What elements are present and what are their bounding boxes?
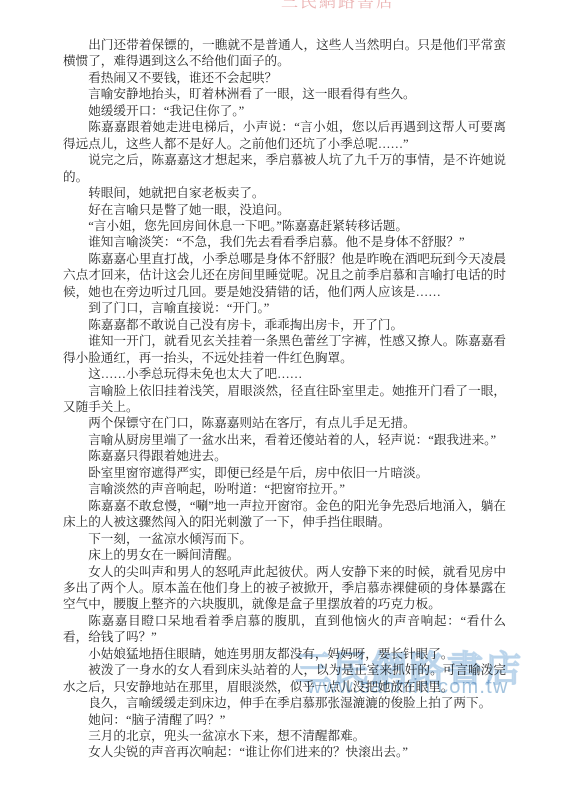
paragraph: 陈嘉嘉都不敢说自己没有房卡，乖乖掏出房卡，开了门。 [63, 317, 506, 333]
paragraph: 转眼间，她就把自家老板卖了。 [63, 185, 506, 201]
paragraph: 看热闹又不要钱，谁还不会起哄？ [63, 70, 506, 86]
paragraph: 床上的男女在一瞬间清醒。 [63, 547, 506, 563]
paragraph: 小姑娘猛地捂住眼睛，她连男朋友都没有，妈妈呀，要长针眼了。 [63, 646, 506, 662]
paragraph: 女人的尖叫声和男人的怒吼声此起彼伏。两人安静下来的时候，就看见房中多出了两个人。… [63, 564, 506, 613]
paragraph: 言喻淡然的声音响起，吩咐道：“把窗帘拉开。” [63, 481, 506, 497]
paragraph: 陈嘉嘉目瞪口呆地看着季启慕的腹肌，直到他恼火的声音响起：“看什么看，给钱了吗？” [63, 613, 506, 646]
paragraph: 谁知言喻淡笑：“不急，我们先去看看季启慕。他不是身体不舒服？” [63, 234, 506, 250]
paragraph: 良久，言喻缓缓走到床边，伸手在季启慕那张湿漉漉的俊脸上拍了两下。 [63, 695, 506, 711]
paragraph: 卧室里窗帘遮得严实，即便已经是午后，房中依旧一片暗淡。 [63, 465, 506, 481]
paragraph: 陈嘉嘉心里直打战，小季总哪是身体不舒服？他是昨晚在酒吧玩到今天凌晨六点才回来，估… [63, 251, 506, 300]
paragraph: 这……小季总玩得未免也太大了吧…… [63, 366, 506, 382]
paragraph: 说完之后，陈嘉嘉这才想起来，季启慕被人坑了九千万的事情，是不许她说的。 [63, 152, 506, 185]
paragraph: 两个保镖守在门口，陈嘉嘉则站在客厅，有点儿手足无措。 [63, 415, 506, 431]
paragraph: 言喻脸上依旧挂着浅笑，眉眼淡然，径直往卧室里走。她推开门看了一眼，又随手关上。 [63, 383, 506, 416]
paragraph: 陈嘉嘉只得跟着她进去。 [63, 448, 506, 464]
paragraph: 下一刻，一盆凉水倾泻而下。 [63, 531, 506, 547]
paragraph: 言喻从厨房里端了一盆水出来，看着还傻站着的人，轻声说：“跟我进来。” [63, 432, 506, 448]
paragraph: 她缓缓开口：“我记住你了。” [63, 103, 506, 119]
scanned-book-page: 三民網路書店 出门还带着保镖的，一瞧就不是普通人，这些人当然明白。只是他们平常蛮… [0, 0, 566, 800]
paragraph: 好在言喻只是瞥了她一眼，没追问。 [63, 202, 506, 218]
paragraph: 陈嘉嘉跟着她走进电梯后，小声说：“言小姐，您以后再遇到这帮人可要离得远点儿，这些… [63, 119, 506, 152]
paragraph: 女人尖锐的声音再次响起：“谁让你们进来的？快滚出去。” [63, 744, 506, 760]
paragraph: 谁知一开门，就看见玄关挂着一条黑色蕾丝丁字裤，性感又撩人。陈嘉嘉看得小脸通红，再… [63, 333, 506, 366]
text-body: 出门还带着保镖的，一瞧就不是普通人，这些人当然明白。只是他们平常蛮横惯了，难得遇… [63, 37, 506, 761]
paragraph: 言喻安静地抬头，盯着林洲看了一眼，这一眼看得有些久。 [63, 86, 506, 102]
paragraph: 出门还带着保镖的，一瞧就不是普通人，这些人当然明白。只是他们平常蛮横惯了，难得遇… [63, 37, 506, 70]
paragraph: 陈嘉嘉不敢怠慢，“唰”地一声拉开窗帘。金色的阳光争先恐后地涌入，躺在床上的人被这… [63, 498, 506, 531]
paragraph: 被泼了一身水的女人看到床头站着的人，以为是正室来抓奸的。可言喻泼完水之后，只安静… [63, 662, 506, 695]
paragraph: 到了门口，言喻直接说：“开门。” [63, 300, 506, 316]
paragraph: 三月的北京，兜头一盆凉水下来，想不清醒都难。 [63, 728, 506, 744]
paragraph: 她问：“脑子清醒了吗？” [63, 712, 506, 728]
top-edge-pink-watermark: 三民網路書店 [281, 0, 395, 12]
paragraph: “言小姐，您先回房间休息一下吧。”陈嘉嘉赶紧转移话题。 [63, 218, 506, 234]
